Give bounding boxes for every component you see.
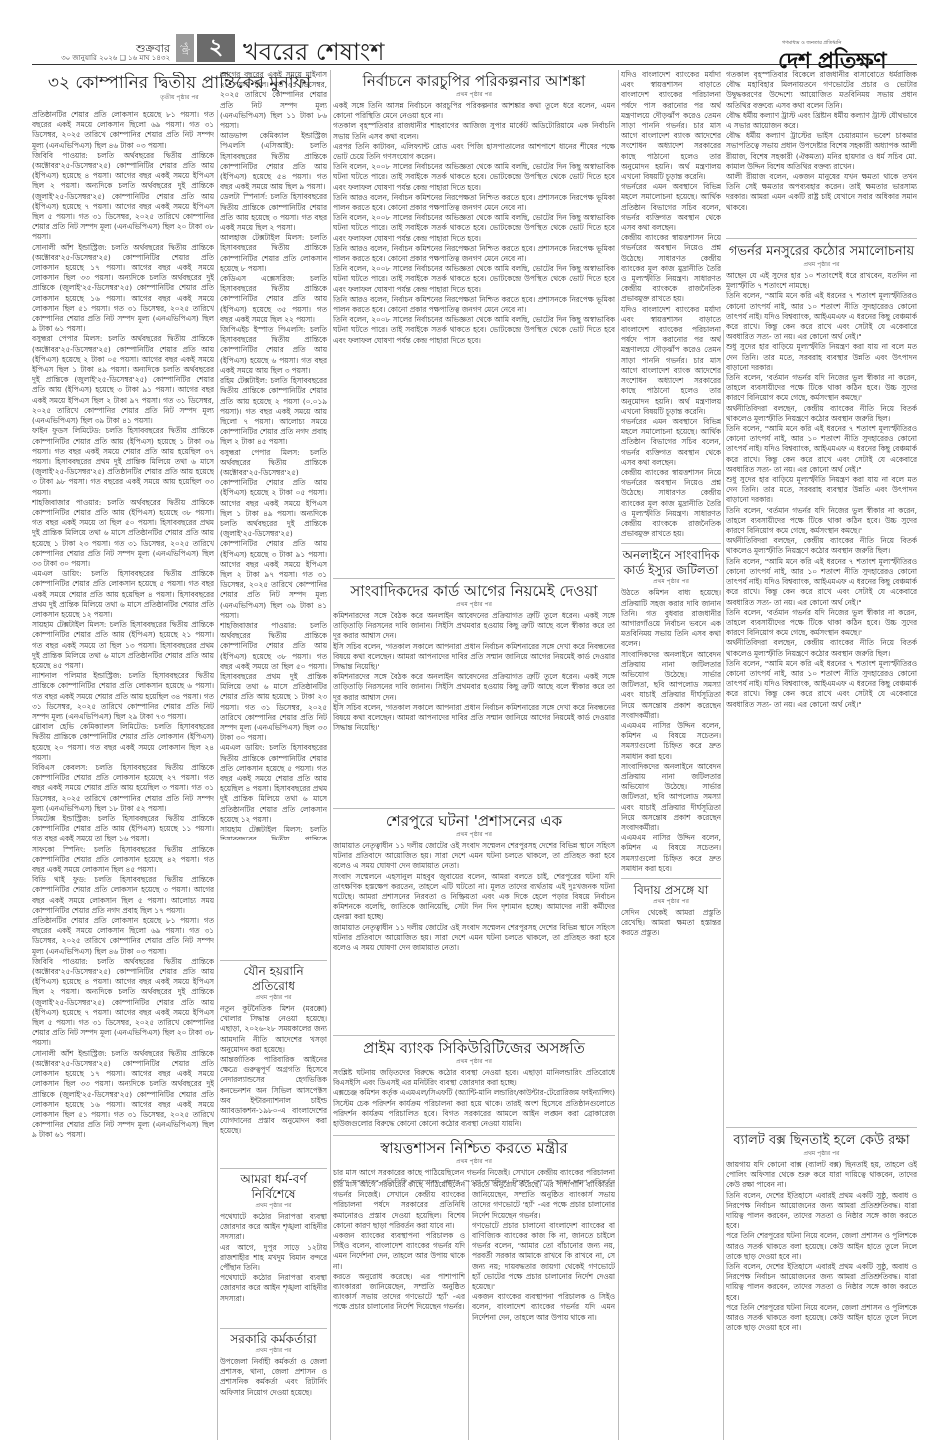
article-buddhist: গতকাল বৃহস্পতিবার বিকেলে রাজধানীর বাসাবো… bbox=[726, 70, 917, 238]
paragraph: এএমএম নাসির উদ্দিন বলেন, কমিশন এ বিষয়ে … bbox=[621, 833, 721, 874]
article-harassment: যৌন হয়রানি প্রতিরোধ প্রথম পৃষ্ঠার পর নত… bbox=[220, 962, 327, 1162]
column-divider bbox=[723, 330, 724, 1440]
paragraph: এমএল ডায়িং: চলতি হিসাববছরের দ্বিতীয় প্… bbox=[220, 743, 327, 825]
paragraph: পথেঘাটে কঠোর নিরাপত্তা ব্যবস্থা জোরদার ক… bbox=[220, 1273, 327, 1304]
paragraph: একই সঙ্গে তিনি আসন্ন নির্বাচনে কারচুপির … bbox=[333, 101, 615, 121]
paragraph: তিনি বলেন, দেশের ইতিহাসে এবারই প্রথম একট… bbox=[726, 1191, 917, 1232]
header-date: ৩০ জানুয়ারি ২০২৬ ❑ ১৬ মাঘ ১৪৩২ bbox=[40, 52, 170, 64]
paragraph: ইসি সচিব বলেন, 'গতকাল সকালে আপনারা প্রধা… bbox=[333, 703, 615, 734]
paragraph: এক্সচেঞ্জ কমিশন কর্তৃক এএমএল/সিএফটি (অ্য… bbox=[333, 1088, 615, 1129]
paragraph: ডেলটা স্পিনার্স: চলতি হিসাববছরের দ্বিতীয… bbox=[220, 192, 327, 233]
article-prime-bank: প্রাইম ব্যাংক সিকিউরিটিজের অসঙ্গতি প্রথম… bbox=[333, 1037, 615, 1135]
paragraph: উপজেলা নির্বাহী কর্মকর্তা ও জেলা প্রশাসক… bbox=[220, 1357, 327, 1398]
continued-from: প্রথম পৃষ্ঠার পর bbox=[220, 994, 327, 1002]
paragraph: যদিও বাংলাদেশ ব্যাংকের মর্যাদা এবং স্বায… bbox=[621, 70, 721, 182]
continued-from: প্রথম পৃষ্ঠার পর bbox=[621, 578, 721, 586]
article-autonomy-col-a: চার মাস আগে সরকারের কাছে পাঠিয়েছিলেন গভ… bbox=[333, 1180, 465, 1442]
paragraph: জামায়াত নেতৃত্বাধীন ১১ দলীয় জোটের ওই স… bbox=[333, 841, 615, 872]
paragraph: ন্যাশনাল পলিমার ইন্ডাস্ট্রিজ: চলতি হিসাব… bbox=[32, 671, 214, 722]
paragraph: সায়হাম টেক্সটাইল মিলস: চলতি হিসাববছরের … bbox=[220, 825, 327, 840]
article-divider bbox=[220, 960, 327, 961]
headline: আমরা ধর্ম-বর্ণ নির্বিশেষে bbox=[220, 1172, 327, 1202]
paragraph: একজন ব্যাংকের ব্যবস্থাপনা পরিচালক ও সিইও… bbox=[472, 1292, 615, 1323]
continued-from: প্রথম পৃষ্ঠার পর bbox=[333, 1158, 615, 1166]
column-divider bbox=[330, 70, 331, 1440]
paragraph: গতকাল বৃহস্পতিবার বিকেলে রাজধানীর বাসাবো… bbox=[726, 70, 917, 111]
paragraph: এমএল ডায়িং: চলতি হিসাববছরের দ্বিতীয় প্… bbox=[32, 569, 214, 620]
paragraph: তিনি আরও বলেন, নির্বাচন কমিশনের নিরপেক্ষ… bbox=[333, 295, 615, 315]
paragraph: আগের বছরের একই সময়ে মাইনাস ২৮ পয়সা ছিল… bbox=[220, 70, 327, 131]
article-journalist-card: সাংবাদিকদের কার্ড আগের নিয়মেই দেওয়া প্… bbox=[333, 580, 615, 808]
continued-from: প্রথম পৃষ্ঠার পর bbox=[220, 1347, 327, 1355]
paragraph: সিমটেক্স ইন্ডাস্ট্রিজ: চলতি হিসাববছরের দ… bbox=[32, 814, 214, 845]
paragraph: এর আগে, দুপুর সাড়ে ১২টায় রাজশাহীর শাহ … bbox=[220, 1243, 327, 1274]
paragraph: সেদিন থেকেই আমরা প্রস্তুতি রেখেছি। আমরা … bbox=[621, 908, 721, 939]
paragraph: আডভান্স কেমিক্যাল ইন্ডাস্ট্রিজ পিএলসি (এ… bbox=[220, 131, 327, 192]
paragraph: তিনি বলেন, "আমি মনে করি এই ধরনের ৭ শতাংশ… bbox=[726, 557, 917, 608]
paragraph: করতে অনুরোধ করেছে। এর পাশাপাশি ব্যাংকারর… bbox=[472, 1180, 615, 1221]
column-divider bbox=[468, 1180, 469, 1440]
paragraph: কেন্দ্রীয় ব্যাংকের স্বায়ত্তশাসন নিয়ে … bbox=[621, 233, 721, 304]
paragraph: সংশ্লিষ্ট ঘটনায় জড়িতদের বিরুদ্ধে কঠোর … bbox=[333, 1068, 615, 1088]
paragraph: বিডি থাই ফুড: চলতি হিসাববছরের দ্বিতীয় প… bbox=[32, 875, 214, 916]
article-profit-continued: আগের বছরের একই সময়ে মাইনাস ২৮ পয়সা ছিল… bbox=[220, 70, 327, 840]
paragraph: গ্লোবাল হেভি কেমিক্যালস লিমিটেড: চলতি হি… bbox=[32, 722, 214, 763]
paragraph: বৌদ্ধ ধর্মীয় কল্যাণ ট্রাস্ট এবং খ্রিষ্ট… bbox=[726, 111, 917, 131]
paragraph: তিনি বলেন, ২০০৮ সালের নির্বাচনের অভিজ্ঞত… bbox=[333, 315, 615, 346]
continued-from: প্রথম পৃষ্ঠার পর bbox=[333, 91, 615, 99]
paragraph: শাহজিবাজার পাওয়ার: চলতি অর্থবছরের দ্বিত… bbox=[220, 621, 327, 743]
paragraph: গতকাল বৃহস্পতিবার রাজধানীর শাহবাগের আজিজ… bbox=[333, 121, 615, 141]
paragraph: সায়হাম টেক্সটাইল মিলস: চলতি হিসাববছরের … bbox=[32, 620, 214, 671]
headline: শেরপুরে ঘটনা 'প্রশাসনের এক bbox=[333, 812, 615, 831]
headline: বিদায় প্রসঙ্গে যা bbox=[621, 883, 721, 898]
paragraph: পরে তিনি শেরপুরের ঘটনা নিয়ে বলেন, জেলা … bbox=[726, 1231, 917, 1262]
paragraph: তিনি আরও বলেন, নির্বাচন কমিশনের নিরপেক্ষ… bbox=[333, 244, 615, 264]
article-divider bbox=[220, 1168, 327, 1169]
paragraph: কেডিএস এক্সেসরিজ: চলতি হিসাববছরের দ্বিতী… bbox=[220, 274, 327, 325]
column-divider bbox=[217, 110, 218, 1440]
headline: নির্বাচনে কারচুপির পরিকল্পনার আশঙ্কা bbox=[333, 72, 615, 91]
paragraph: বসুন্ধরা পেপার মিলস: চলতি অর্থবছরের দ্বি… bbox=[32, 334, 214, 426]
article-divider bbox=[621, 543, 721, 544]
header-divider bbox=[32, 64, 917, 65]
continued-from: প্রথম পৃষ্ঠার পর bbox=[726, 1150, 917, 1158]
article-sherpur: শেরপুরে ঘটনা 'প্রশাসনের এক প্রথম পৃষ্ঠার… bbox=[333, 810, 615, 1035]
article-divider bbox=[621, 878, 721, 879]
paragraph: বিবিএস কেবলস: চলতি হিসাববছরের দ্বিতীয় প… bbox=[32, 763, 214, 814]
article-religion: আমরা ধর্ম-বর্ণ নির্বিশেষে প্রথম পৃষ্ঠার … bbox=[220, 1170, 327, 1330]
continued-from: প্রথম পৃষ্ঠার পর bbox=[726, 261, 917, 269]
paragraph: এএমএম নাসির উদ্দিন বলেন, কমিশন এ বিষয়ে … bbox=[621, 721, 721, 762]
article-election: নির্বাচনে কারচুপির পরিকল্পনার আশঙ্কা প্র… bbox=[333, 70, 615, 578]
headline: ব্যালট বক্স ছিনতাই হলে কেউ রক্ষা bbox=[726, 1131, 917, 1150]
paragraph: আলহাজ টেক্সটাইল মিলস: চলতি হিসাববছরের দ্… bbox=[220, 233, 327, 274]
paragraph: নতুন কূটনৈতিক মিশন (মরক্কো) খোলার সিদ্ধা… bbox=[220, 1004, 327, 1055]
article-governor-side: যদিও বাংলাদেশ ব্যাংকের মর্যাদা এবং স্বায… bbox=[621, 70, 721, 1442]
paragraph: উঠতে কমিশন বাধ্য হয়েছে। প্রক্রিয়াটি সহ… bbox=[621, 588, 721, 649]
paragraph: পথেঘাটে কঠোর নিরাপত্তা ব্যবস্থা জোরদার ক… bbox=[220, 1212, 327, 1243]
paragraph: সাংবাদিকদের অনলাইনে আবেদন প্রক্রিয়ায় ন… bbox=[621, 762, 721, 833]
article-divider bbox=[333, 578, 615, 579]
continued-from: প্রথম পৃষ্ঠার পর bbox=[220, 1202, 327, 1210]
article-ballot: ব্যালট বক্স ছিনতাই হলে কেউ রক্ষা প্রথম প… bbox=[726, 1129, 917, 1442]
paragraph: রহিম টেক্সটাইল: চলতি হিসাববছরের দ্বিতীয়… bbox=[220, 376, 327, 447]
section-title: খবরের শেষাংশ bbox=[243, 34, 384, 74]
paragraph: জিবিবি পাওয়ার: চলতি অর্থবছরের দ্বিতীয় … bbox=[32, 957, 214, 1049]
paragraph: তিনি বলেন, "আমি মনে করি এই ধরনের ৭ শতাংশ… bbox=[726, 424, 917, 475]
paragraph: শুধু সুদের হার বাড়িয়ে মূল্যস্ফীতি নিয়… bbox=[726, 342, 917, 373]
paragraph: বসুন্ধরা পেপার মিলস: চলতি অর্থবছরের দ্বি… bbox=[220, 448, 327, 621]
headline: গভর্নর মনসুরের কঠোর সমালোচনায় bbox=[726, 242, 917, 261]
paragraph: তিনি বলেন, ২০০৮ সালের নির্বাচনের অভিজ্ঞত… bbox=[333, 264, 615, 295]
continued-from: প্রথম পৃষ্ঠার পর bbox=[333, 1058, 615, 1066]
headline: যৌন হয়রানি প্রতিরোধ bbox=[220, 964, 327, 994]
page-label: পৃষ্ঠা bbox=[176, 34, 194, 62]
continued-from: প্রথম পৃষ্ঠার পর bbox=[333, 601, 615, 609]
paragraph: বৌদ্ধ ধর্মীয় কল্যাণ ট্রাস্টের ভাইস চেয়… bbox=[726, 131, 917, 172]
continued-from: প্রথম পৃষ্ঠার পর bbox=[333, 831, 615, 839]
headline: সরকারি কর্মকর্তারা bbox=[220, 1332, 327, 1347]
paragraph: সাফকো স্পিনিং: চলতি হিসাববছরের দ্বিতীয় … bbox=[32, 845, 214, 876]
article-divider bbox=[726, 238, 917, 239]
paragraph: সোনালী আঁশ ইন্ডাস্ট্রিজ: চলতি অর্থবছরের … bbox=[32, 243, 214, 335]
paragraph: প্রতিষ্ঠানটির শেয়ার প্রতি লোকসান হয়েছে… bbox=[32, 916, 214, 957]
column-divider bbox=[618, 70, 619, 1440]
masthead: শুক্রবার ৩০ জানুয়ারি ২০২৬ ❑ ১৬ মাঘ ১৪৩২… bbox=[0, 0, 945, 62]
paragraph: ইসি সচিব বলেন, 'গতকাল সকালে আপনারা প্রধা… bbox=[333, 642, 615, 673]
article-divider bbox=[220, 1328, 327, 1329]
paragraph: চার মাস আগে সরকারের কাছে পাঠিয়েছিলেন গভ… bbox=[333, 1180, 465, 1231]
paragraph: যদিও বাংলাদেশ ব্যাংকের মর্যাদা এবং স্বায… bbox=[621, 305, 721, 417]
headline: অনলাইনে সাংবাদিক কার্ড ইস্যুর জটিলতা bbox=[621, 548, 721, 578]
paragraph: করতে অনুরোধ করেছে। এর পাশাপাশি ব্যাংকারর… bbox=[333, 1272, 465, 1313]
paragraph: কেন্দ্রীয় ব্যাংকের স্বায়ত্তশাসন নিয়ে … bbox=[621, 468, 721, 539]
paragraph: জায়গায় যদি কোনো বাক্স (ব্যালট বক্স) ছি… bbox=[726, 1160, 917, 1191]
paragraph: গভর্নরের এমন অবস্থানে বিভিন্ন মহলে সমালো… bbox=[621, 417, 721, 468]
paragraph: সাংবাদিকদের অনলাইনে আবেদন প্রক্রিয়ায় ন… bbox=[621, 650, 721, 721]
paragraph: তিনি আরও বলেন, নির্বাচন কমিশনের নিরপেক্ষ… bbox=[333, 193, 615, 213]
page-number: ২ bbox=[197, 34, 235, 62]
paragraph: তিনি বলেন, "আমি মনে করি এই ধরনের ৭ শতাংশ… bbox=[726, 291, 917, 342]
article-governor: গভর্নর মনসুরের কঠোর সমালোচনায় প্রথম পৃষ… bbox=[726, 240, 917, 1125]
paragraph: পরে তিনি শেরপুরের ঘটনা নিয়ে বলেন, জেলা … bbox=[726, 1303, 917, 1334]
paragraph: শাহজিবাজার পাওয়ার: চলতি অর্থবছরের দ্বিত… bbox=[32, 498, 214, 569]
article-official: সরকারি কর্মকর্তারা প্রথম পৃষ্ঠার পর উপজে… bbox=[220, 1330, 327, 1442]
paragraph: ফাইন ফুডস লিমিটেড: চলতি হিসাববছরের দ্বিত… bbox=[32, 426, 214, 497]
article-divider bbox=[333, 808, 615, 809]
article-divider bbox=[333, 1135, 615, 1136]
paragraph: তিনি বলেন, দেশের ইতিহাসে এবারই প্রথম একট… bbox=[726, 1262, 917, 1303]
paragraph: তিনি বলেন, ২০০৮ সালের নির্বাচনের অভিজ্ঞত… bbox=[333, 213, 615, 244]
paragraph: সংবাদ সম্মেলনে এহসানুল মাহবুব জুবায়ের ব… bbox=[333, 872, 615, 923]
paragraph: এরপর তিনি কাটাবন, এলিফ্যান্ট রোড এবং পিজ… bbox=[333, 142, 615, 162]
paragraph: প্রতিষ্ঠানটির শেয়ার প্রতি লোকসান হয়েছে… bbox=[32, 110, 214, 151]
paragraph: আন্তর্জাতিক পারিবারিক আইনের ক্ষেত্রে গুর… bbox=[220, 1055, 327, 1137]
paragraph: জিবিবি পাওয়ার: চলতি অর্থবছরের দ্বিতীয় … bbox=[32, 151, 214, 243]
paragraph: তিনি বলেন, "আমি মনে করি এই ধরনের ৭ শতাংশ… bbox=[726, 659, 917, 710]
headline: প্রাইম ব্যাংক সিকিউরিটিজের অসঙ্গতি bbox=[333, 1039, 615, 1058]
paragraph: কমিশনারদের সঙ্গে বৈঠক করে অনলাইন আবেদনের… bbox=[333, 611, 615, 642]
paragraph: শুধু সুদের হার বাড়িয়ে মূল্যস্ফীতি নিয়… bbox=[726, 475, 917, 506]
article-divider bbox=[726, 1127, 917, 1128]
paragraph: কমিশনারদের সঙ্গে বৈঠক করে অনলাইন আবেদনের… bbox=[333, 672, 615, 703]
paragraph: তিনি বলেন, 'বর্তমান গভর্নর যদি নিজের ভুল… bbox=[726, 608, 917, 639]
paragraph: অর্থনীতিবিদরা বলছেন, কেন্দ্রীয় ব্যাংকের… bbox=[726, 536, 917, 556]
continued-from: প্রথম পৃষ্ঠার পর bbox=[621, 898, 721, 906]
paragraph: অর্থনীতিবিদরা বলছেন, কেন্দ্রীয় ব্যাংকের… bbox=[726, 638, 917, 658]
article-autonomy-col-b: করতে অনুরোধ করেছে। এর পাশাপাশি ব্যাংকারর… bbox=[472, 1180, 615, 1442]
paragraph: সোনালী আঁশ ইন্ডাস্ট্রিজ: চলতি অর্থবছরের … bbox=[32, 1049, 214, 1141]
paragraph: গণভোটে প্রচার চালানো বাংলাদেশ ব্যাংকের ব… bbox=[472, 1221, 615, 1292]
headline: সাংবাদিকদের কার্ড আগের নিয়মেই দেওয়া bbox=[333, 582, 615, 601]
headline: স্বায়ত্তশাসন নিশ্চিত করতে মন্ত্রীর bbox=[333, 1139, 615, 1158]
paragraph: তিনি বলেন, ২০০৮ সালের নির্বাচনের অভিজ্ঞত… bbox=[333, 162, 615, 193]
article-divider bbox=[333, 1035, 615, 1036]
article-autonomy-header: স্বায়ত্তশাসন নিশ্চিত করতে মন্ত্রীর প্রথ… bbox=[333, 1137, 615, 1182]
paragraph: আছেন যে এই সুদের হার ১০ শতাংশেই ধরে রাখব… bbox=[726, 271, 917, 291]
paragraph: তিনি বলেন, 'বর্তমান গভর্নর যদি নিজের ভুল… bbox=[726, 506, 917, 537]
paragraph: গভর্নরের এমন অবস্থানে বিভিন্ন মহলে সমালো… bbox=[621, 182, 721, 233]
paragraph: জামায়াত নেতৃত্বাধীন ১১ দলীয় জোটের ওই স… bbox=[333, 923, 615, 954]
article-profit-body: প্রতিষ্ঠানটির শেয়ার প্রতি লোকসান হয়েছে… bbox=[32, 110, 214, 1442]
paragraph: একজন ব্যাংকের ব্যবস্থাপনা পরিচালক ও সিইও… bbox=[333, 1231, 465, 1272]
paragraph: তিনি বলেন, 'বর্তমান গভর্নর যদি নিজের ভুল… bbox=[726, 373, 917, 404]
paragraph: অর্থনীতিবিদরা বলছেন, কেন্দ্রীয় ব্যাংকের… bbox=[726, 404, 917, 424]
paragraph: জিপিএইচ ইস্পাত পিএলসি: চলতি হিসাববছরের দ… bbox=[220, 325, 327, 376]
paragraph: আলী রীয়াজ বলেন, একজন মানুষের যখন ক্ষমতা… bbox=[726, 172, 917, 213]
